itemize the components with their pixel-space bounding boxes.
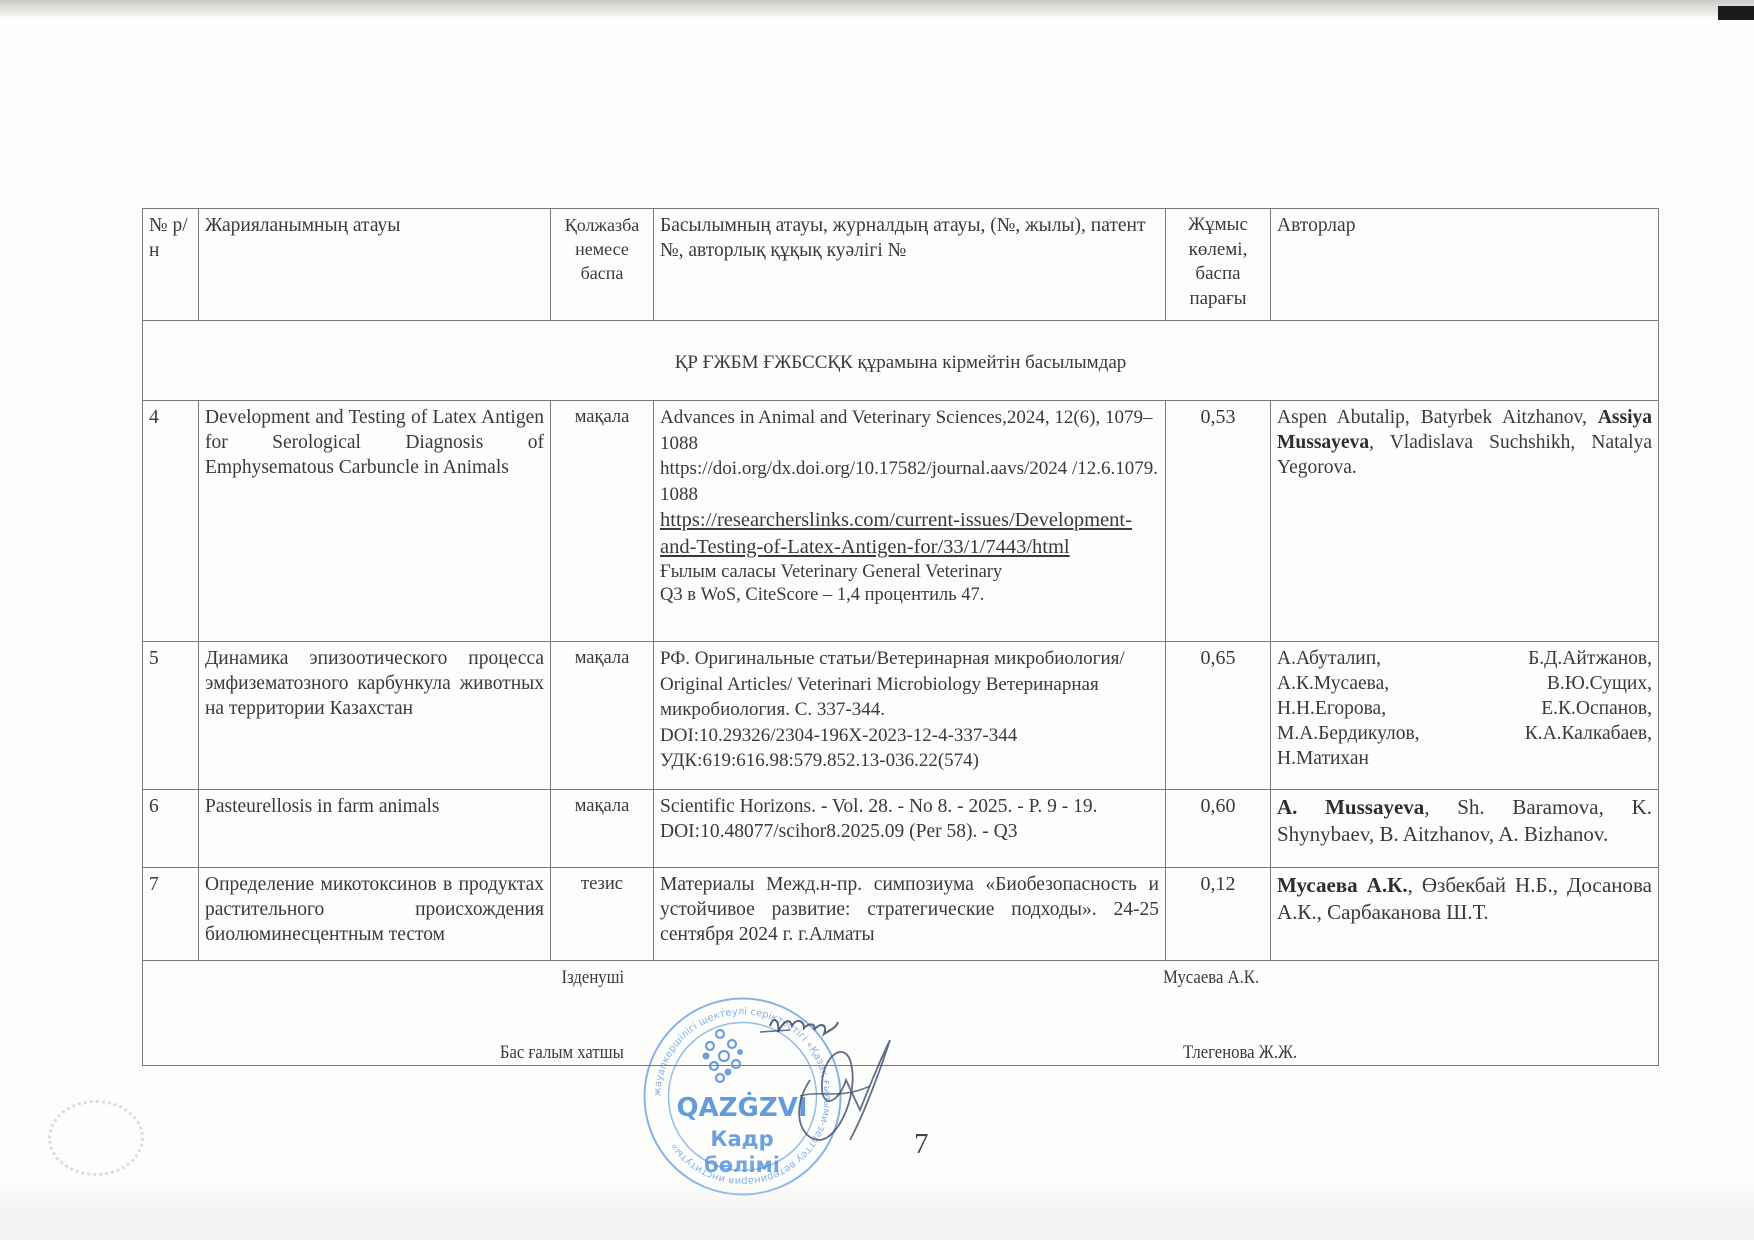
- stamp-dept-2: бөлімі: [704, 1153, 780, 1177]
- authors-before: Aspen Abutalip, Batyrbek Aitzhanov,: [1277, 407, 1598, 428]
- row-publication: РФ. Оригинальные статьи/Ветеринарная мик…: [654, 642, 1166, 790]
- table-row: 5 Динамика эпизоотического процесса эмфи…: [143, 642, 1659, 790]
- author: Н.Н.Егорова,: [1277, 696, 1515, 721]
- publication-journal: Advances in Animal and Veterinary Scienc…: [660, 405, 1159, 456]
- row-kind: мақала: [551, 642, 654, 790]
- applicant-label: Ізденуші: [561, 965, 624, 990]
- header-publication: Басылымның атауы, журналдың атауы, (№, ж…: [654, 209, 1166, 321]
- author-self: A. Mussayeva: [1277, 795, 1424, 819]
- table-row: 7 Определение микотоксинов в продуктах р…: [143, 868, 1659, 961]
- scan-edge-mark: [1718, 6, 1754, 20]
- row-number: 6: [143, 790, 199, 868]
- author: А.К.Мусаева,: [1277, 671, 1515, 696]
- scan-edge-bottom: [0, 1180, 1754, 1240]
- publication-rank: Q3 в WoS, CiteScore – 1,4 процентиль 47.: [660, 584, 1159, 607]
- row-kind: мақала: [551, 790, 654, 868]
- publication-journal: Scientific Horizons. - Vol. 28. - No 8. …: [660, 794, 1159, 844]
- author: В.Ю.Сущих,: [1525, 671, 1652, 696]
- publication-doi: DOI:10.29326/2304-196X-2023-12-4-337-344: [660, 723, 1159, 749]
- row-volume: 0,53: [1166, 401, 1271, 642]
- header-title: Жарияланымның атауы: [199, 209, 551, 321]
- author: Н.Матихан: [1277, 746, 1515, 771]
- stamp-brand: QAZĠZVI: [676, 1090, 807, 1123]
- publication-doi: https://doi.org/dx.doi.org/10.17582/jour…: [660, 456, 1159, 507]
- row-number: 5: [143, 642, 199, 790]
- row-authors: А.Абуталип, Б.Д.Айтжанов, А.К.Мусаева, В…: [1271, 642, 1659, 790]
- header-kind: Қолжазба немесе баспа: [551, 209, 654, 321]
- header-volume: Жұмыс көлемі, баспа парағы: [1166, 209, 1271, 321]
- row-volume: 0,12: [1166, 868, 1271, 961]
- row-title: Development and Testing of Latex Antigen…: [199, 401, 551, 642]
- row-kind: тезис: [551, 868, 654, 961]
- author: Е.К.Оспанов,: [1525, 696, 1652, 721]
- header-number: № р/н: [143, 209, 199, 321]
- row-title: Динамика эпизоотического процесса эмфизе…: [199, 642, 551, 790]
- author: [1525, 746, 1652, 771]
- row-publication: Advances in Animal and Veterinary Scienc…: [654, 401, 1166, 642]
- section-row: ҚР ҒЖБМ ҒЖБССҚК құрамына кірмейтін басыл…: [143, 321, 1659, 401]
- signature-block: Ізденуші Мусаева А.К. Бас ғалым хатшы Тл…: [143, 961, 1658, 1065]
- row-publication: Scientific Horizons. - Vol. 28. - No 8. …: [654, 790, 1166, 868]
- table-row: 6 Pasteurellosis in farm animals мақала …: [143, 790, 1659, 868]
- secretary-name: Тлегенова Ж.Ж.: [1183, 1040, 1297, 1065]
- page-number: 7: [914, 1128, 929, 1161]
- row-authors: Мусаева А.К., Өзбекбай Н.Б., Досанова А.…: [1271, 868, 1659, 961]
- row-number: 7: [143, 868, 199, 961]
- author: К.А.Калкабаев,: [1525, 721, 1652, 746]
- author: М.А.Бердикулов,: [1277, 721, 1515, 746]
- row-volume: 0,65: [1166, 642, 1271, 790]
- secretary-label: Бас ғалым хатшы: [500, 1040, 624, 1065]
- scan-smudge: [48, 1100, 144, 1176]
- author: А.Абуталип,: [1277, 646, 1515, 671]
- publications-table: № р/н Жарияланымның атауы Қолжазба немес…: [142, 208, 1659, 1066]
- signature-cell: Ізденуші Мусаева А.К. Бас ғалым хатшы Тл…: [143, 961, 1659, 1066]
- row-title: Определение микотоксинов в продуктах рас…: [199, 868, 551, 961]
- row-authors: A. Mussayeva, Sh. Baramova, K. Shynybaev…: [1271, 790, 1659, 868]
- table-row: 4 Development and Testing of Latex Antig…: [143, 401, 1659, 642]
- row-volume: 0,60: [1166, 790, 1271, 868]
- table-header-row: № р/н Жарияланымның атауы Қолжазба немес…: [143, 209, 1659, 321]
- row-authors: Aspen Abutalip, Batyrbek Aitzhanov, Assi…: [1271, 401, 1659, 642]
- publication-journal: РФ. Оригинальные статьи/Ветеринарная мик…: [660, 646, 1159, 723]
- signature-row: Ізденуші Мусаева А.К. Бас ғалым хатшы Тл…: [143, 961, 1659, 1066]
- authors-grid: А.Абуталип, Б.Д.Айтжанов, А.К.Мусаева, В…: [1277, 646, 1652, 771]
- row-number: 4: [143, 401, 199, 642]
- publication-field: Ғылым саласы Veterinary General Veterina…: [660, 561, 1159, 584]
- author: Б.Д.Айтжанов,: [1525, 646, 1652, 671]
- author-self: Мусаева А.К.: [1277, 873, 1408, 897]
- publication-journal: Материалы Межд.н-пр. симпозиума «Биобезо…: [660, 874, 1159, 945]
- publication-udc: УДК:619:616.98:579.852.13-036.22(574): [660, 748, 1159, 774]
- publication-link[interactable]: https://researcherslinks.com/current-iss…: [660, 507, 1159, 561]
- section-title: ҚР ҒЖБМ ҒЖБССҚК құрамына кірмейтін басыл…: [143, 321, 1659, 401]
- applicant-name: Мусаева А.К.: [1163, 965, 1259, 990]
- row-publication: Материалы Межд.н-пр. симпозиума «Биобезо…: [654, 868, 1166, 961]
- scan-edge-top: [0, 0, 1754, 18]
- stamp-dept-1: Кадр: [710, 1127, 773, 1151]
- row-kind: мақала: [551, 401, 654, 642]
- header-authors: Авторлар: [1271, 209, 1659, 321]
- row-title: Pasteurellosis in farm animals: [199, 790, 551, 868]
